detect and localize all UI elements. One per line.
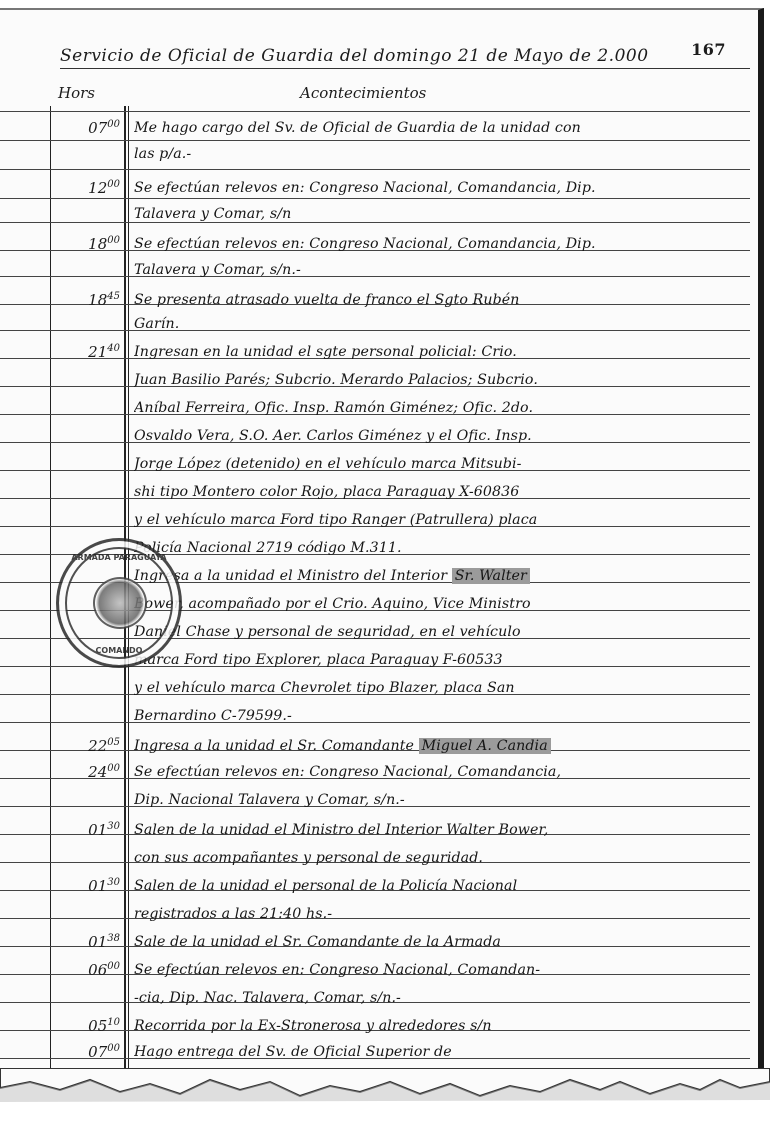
log-entry-cont: Garín. xyxy=(0,312,758,338)
log-entry-cont: Talavera y Comar, s/n xyxy=(0,202,758,228)
entry-text: -cia, Dip. Nac. Talavera, Comar, s/n.- xyxy=(134,990,752,1006)
entry-text: Talavera y Comar, s/n.- xyxy=(134,262,752,278)
seal-emblem-icon xyxy=(93,577,147,629)
entry-text: Aníbal Ferreira, Ofic. Insp. Ramón Gimén… xyxy=(134,400,752,416)
log-entry: 0130 Salen de la unidad el personal de l… xyxy=(0,874,758,900)
entry-hour: 0130 xyxy=(46,877,120,895)
entry-text: las p/a.- xyxy=(134,146,752,162)
log-entry: 2140 Ingresan en la unidad el sgte perso… xyxy=(0,340,758,366)
log-entry-cont: Bernardino C-79599.- xyxy=(0,704,758,730)
official-seal-stamp: ARMADA PARAGUAYA COMANDO xyxy=(56,538,182,668)
log-entry: 0700 Me hago cargo del Sv. de Oficial de… xyxy=(0,116,758,142)
entry-hour: 2205 xyxy=(46,737,120,755)
log-entry-cont: Osvaldo Vera, S.O. Aer. Carlos Giménez y… xyxy=(0,424,758,450)
entry-hour: 0130 xyxy=(46,821,120,839)
entry-text: Garín. xyxy=(134,316,752,332)
log-entry: 0138 Sale de la unidad el Sr. Comandante… xyxy=(0,930,758,956)
entry-hour: 1800 xyxy=(46,235,120,253)
log-entry: 0700 Hago entrega del Sv. de Oficial Sup… xyxy=(0,1040,758,1066)
entry-text: shi tipo Montero color Rojo, placa Parag… xyxy=(134,484,752,500)
entry-text: registrados a las 21:40 hs.- xyxy=(134,906,752,922)
entry-hour: 1200 xyxy=(46,179,120,197)
entry-text: Me hago cargo del Sv. de Oficial de Guar… xyxy=(134,120,752,136)
log-entry-cont: Jorge López (detenido) en el vehículo ma… xyxy=(0,452,758,478)
entry-text: con sus acompañantes y personal de segur… xyxy=(134,850,752,866)
entry-text: Ingresa a la unidad el Sr. Comandante Mi… xyxy=(134,738,752,754)
log-entry-cont: Dip. Nacional Talavera y Comar, s/n.- xyxy=(0,788,758,814)
log-entry-cont: con sus acompañantes y personal de segur… xyxy=(0,846,758,872)
entry-text: Dip. Nacional Talavera y Comar, s/n.- xyxy=(134,792,752,808)
entry-text: Sale de la unidad el Sr. Comandante de l… xyxy=(134,934,752,950)
entry-text: Talavera y Comar, s/n xyxy=(134,206,752,222)
entry-text: Bower, acompañado por el Crio. Aquino, V… xyxy=(134,596,752,612)
log-entry: 2400 Se efectúan relevos en: Congreso Na… xyxy=(0,760,758,786)
entry-text: Se efectúan relevos en: Congreso Naciona… xyxy=(134,180,752,196)
entry-text: Juan Basilio Parés; Subcrio. Merardo Pal… xyxy=(134,372,752,388)
entry-text: y el vehículo marca Ford tipo Ranger (Pa… xyxy=(134,512,752,528)
entry-hour: 0700 xyxy=(46,1043,120,1061)
log-entry: 0130 Salen de la unidad el Ministro del … xyxy=(0,818,758,844)
entry-text: Policía Nacional 2719 código M.311. xyxy=(134,540,752,556)
entry-hour: 0510 xyxy=(46,1017,120,1035)
entry-hour: 0138 xyxy=(46,933,120,951)
entry-hour: 0600 xyxy=(46,961,120,979)
entry-text: Ingresan en la unidad el sgte personal p… xyxy=(134,344,752,360)
entry-text: marca Ford tipo Explorer, placa Paraguay… xyxy=(134,652,752,668)
entry-text: Se efectúan relevos en: Congreso Naciona… xyxy=(134,236,752,252)
log-entry-cont: Aníbal Ferreira, Ofic. Insp. Ramón Gimén… xyxy=(0,396,758,422)
log-entry-cont: registrados a las 21:40 hs.- xyxy=(0,902,758,928)
entry-hour: 1845 xyxy=(46,291,120,309)
log-entry-cont: las p/a.- xyxy=(0,142,758,168)
entry-text: Se presenta atrasado vuelta de franco el… xyxy=(134,292,752,308)
log-entry-cont: y el vehículo marca Ford tipo Ranger (Pa… xyxy=(0,508,758,534)
entry-text: Bernardino C-79599.- xyxy=(134,708,752,724)
redacted-highlight: Miguel A. Candia xyxy=(419,738,551,754)
entry-text: Salen de la unidad el Ministro del Inter… xyxy=(134,822,752,838)
log-entry: 2205 Ingresa a la unidad el Sr. Comandan… xyxy=(0,734,758,760)
entry-text: Hago entrega del Sv. de Oficial Superior… xyxy=(134,1044,752,1060)
log-entry: 0510 Recorrida por la Ex-Stronerosa y al… xyxy=(0,1014,758,1040)
log-entry-cont: y el vehículo marca Chevrolet tipo Blaze… xyxy=(0,676,758,702)
entry-hour: 0700 xyxy=(46,119,120,137)
entry-hour: 2400 xyxy=(46,763,120,781)
torn-edge-decoration xyxy=(0,1068,770,1131)
log-entry-cont: -cia, Dip. Nac. Talavera, Comar, s/n.- xyxy=(0,986,758,1012)
log-entry-cont: shi tipo Montero color Rojo, placa Parag… xyxy=(0,480,758,506)
entry-text: Osvaldo Vera, S.O. Aer. Carlos Giménez y… xyxy=(134,428,752,444)
entry-text: Daniel Chase y personal de seguridad, en… xyxy=(134,624,752,640)
log-entry-cont: Talavera y Comar, s/n.- xyxy=(0,258,758,284)
entry-text: Recorrida por la Ex-Stronerosa y alreded… xyxy=(134,1018,752,1034)
log-entry-cont: Juan Basilio Parés; Subcrio. Merardo Pal… xyxy=(0,368,758,394)
log-entry: 0600 Se efectúan relevos en: Congreso Na… xyxy=(0,958,758,984)
entry-text: Ingresa a la unidad el Ministro del Inte… xyxy=(134,568,752,584)
log-entry: 1800 Se efectúan relevos en: Congreso Na… xyxy=(0,232,758,258)
log-entry: 1200 Se efectúan relevos en: Congreso Na… xyxy=(0,176,758,202)
entry-text: Salen de la unidad el personal de la Pol… xyxy=(134,878,752,894)
redacted-highlight: Sr. Walter xyxy=(452,568,530,584)
entry-text: y el vehículo marca Chevrolet tipo Blaze… xyxy=(134,680,752,696)
entry-text: Jorge López (detenido) en el vehículo ma… xyxy=(134,456,752,472)
logbook-page: Servicio de Oficial de Guardia del domin… xyxy=(0,8,764,1080)
entry-text: Se efectúan relevos en: Congreso Naciona… xyxy=(134,962,752,978)
entry-text: Se efectúan relevos en: Congreso Naciona… xyxy=(134,764,752,780)
entry-hour: 2140 xyxy=(46,343,120,361)
stamp-top-text: ARMADA PARAGUAYA xyxy=(59,553,179,562)
stamp-bottom-text: COMANDO xyxy=(59,646,179,655)
log-entry: 1845 Se presenta atrasado vuelta de fran… xyxy=(0,288,758,314)
